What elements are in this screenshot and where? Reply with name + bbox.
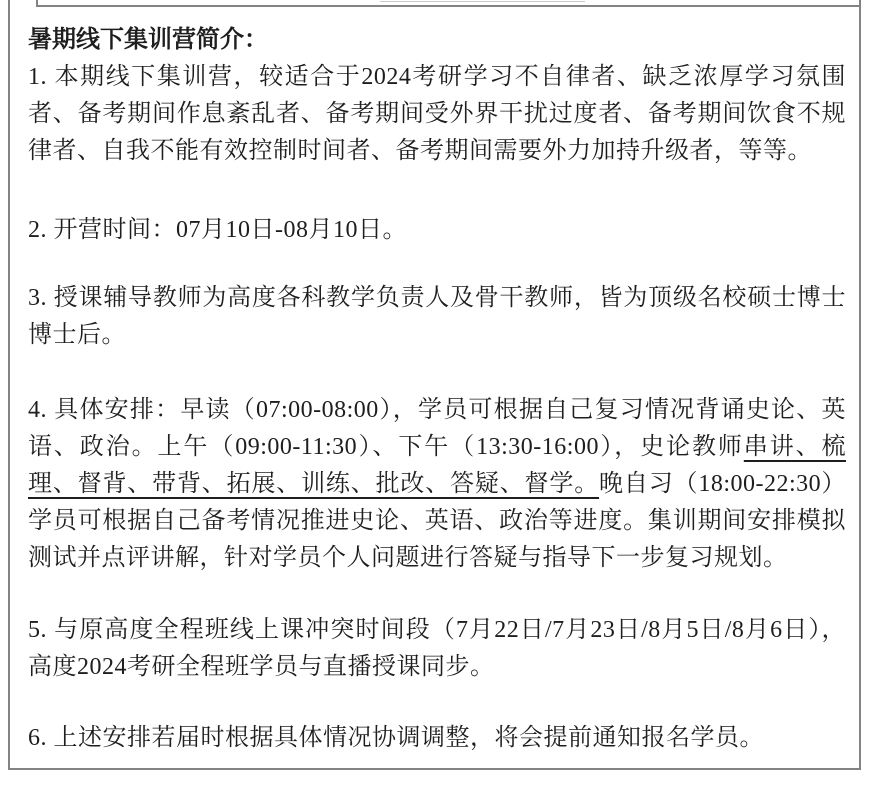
item4-text-before: 4. 具体安排：早读（07:00-08:00），学员可根据自己复习情况背诵史论、… [28, 397, 846, 460]
notice-item-1: 1. 本期线下集训营，较适合于2024考研学习不自律者、缺乏浓厚学习氛围者、备考… [28, 59, 846, 170]
notice-item-2: 2. 开营时间：07月10日-08月10日。 [28, 212, 846, 249]
notice-content: 暑期线下集训营简介： 1. 本期线下集训营，较适合于2024考研学习不自律者、缺… [28, 0, 846, 785]
table-border-right [859, 0, 861, 770]
notice-item-5: 5. 与原高度全程班线上课冲突时间段（7月22日/7月23日/8月5日/8月6日… [28, 612, 846, 686]
table-border-left [8, 0, 10, 770]
notice-title: 暑期线下集训营简介： [28, 22, 846, 59]
notice-item-4: 4. 具体安排：早读（07:00-08:00），学员可根据自己复习情况背诵史论、… [28, 392, 846, 577]
notice-item-6: 6. 上述安排若届时根据具体情况协调调整，将会提前通知报名学员。 [28, 720, 846, 757]
document-page: 暑期线下集训营简介： 1. 本期线下集训营，较适合于2024考研学习不自律者、缺… [0, 0, 884, 785]
notice-item-3: 3. 授课辅导教师为高度各科教学负责人及骨干教师，皆为顶级名校硕士博士博士后。 [28, 280, 846, 354]
